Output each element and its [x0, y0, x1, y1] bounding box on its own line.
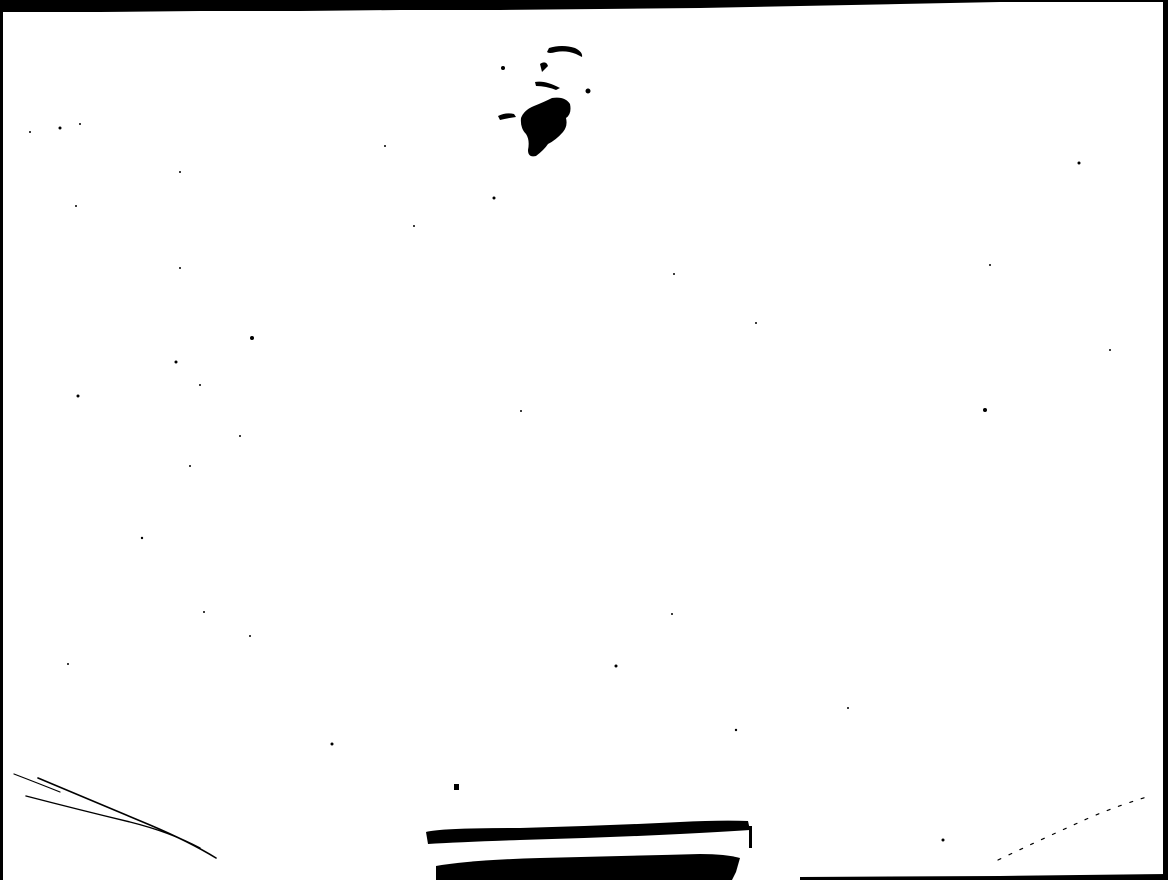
top-edge-shadow	[0, 0, 1168, 12]
dark-object	[498, 46, 591, 156]
scratch-lines-lower-left	[14, 774, 216, 858]
left-edge	[0, 0, 3, 880]
photo-canvas: High-contrast black-and-white thresholde…	[0, 0, 1168, 880]
photo-drawing	[0, 0, 1168, 880]
right-edge	[1163, 0, 1168, 880]
speckle-noise	[29, 123, 1111, 842]
scratch-lines-lower-right	[998, 796, 1150, 860]
dark-bands	[426, 784, 752, 880]
bottom-edge	[800, 874, 1168, 880]
